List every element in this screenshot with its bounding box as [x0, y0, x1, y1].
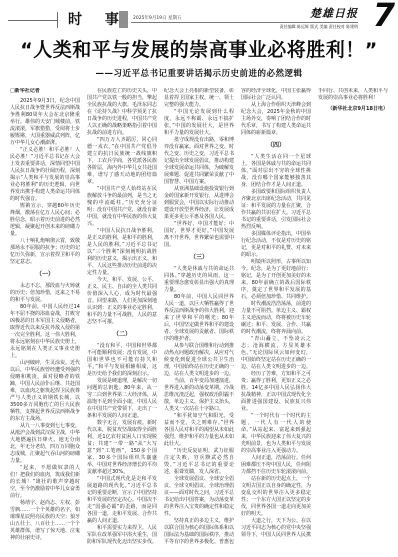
article-paragraph: “人类是休戚与共的命运共同体。”穿越历史的风雨，这一重要理念愈发彰显出强大的真理… [164, 266, 234, 294]
article-paragraph: 杨靖宇、赵尚志、左权、彭雪枫……一个个英雄的名字，如璀璨星辰照亮民族的天空；狼牙… [10, 500, 80, 542]
section-marker: （三） [164, 254, 234, 261]
article-paragraph: 数字无言，发展有痕。新时代以来，脱贫攻坚战取得全面胜利，近1亿农村贫困人口实现脱… [87, 420, 157, 476]
article-paragraph: 铿锵宣示，穿越80年历史烽烟，激荡在亿万人民心间；必胜信念，昭示着历史前进的必然… [10, 203, 80, 238]
article-paragraph: 时代潮流浩浩荡荡，前进的力量不可阻挡。单边主义、霸权主义逆流而动，终将被历史车轮… [241, 301, 311, 336]
article-paragraph: “中国共产党人始终站在民族解放斗争的最前列，是当之无愧的中流砥柱。”历史充分证明… [87, 186, 157, 228]
article-paragraph: 从亚洲基础设施投资银行到金砖国家新开发银行，从进博会到服贸会，中国以实际行动推动… [164, 186, 234, 221]
article-paragraph: 当前，百年变局加速演进，世界进入新的动荡变革期。冷战思维沉渣泛起，强权政治阴霾不… [164, 378, 234, 413]
headline-block: “人类和平与发展的崇高事业必将胜利！” ——习近平总书记重要讲话揭示历史前进的必… [0, 38, 398, 79]
header-tick-rule [57, 12, 58, 28]
article-paragraph: “一个时代有一个时代的主题，一代人有一代人的使命。”从站起来、富起来到强起来，中… [241, 413, 311, 455]
article-paragraph: 全球发展倡议、全球安全倡议、全球文明倡议、全球治理倡议——面对时代之问，习近平总… [164, 476, 234, 518]
masthead: 时 事 2025年9月19日 星期五 楚雄日报 责任编辑 陈远辉 版式 美编 责… [0, 0, 398, 36]
article-paragraph: 从上海合作组织天津峰会到纪念大会，2025年金秋的中国主场外交，奏响了团结合作的… [241, 102, 311, 137]
article-paragraph: 2025年9月3日，纪念中国人民抗日战争暨世界反法西斯战争胜利80周年大会在北京… [10, 98, 80, 147]
article-paragraph: 经历了苦难，方知和平之可贵；赢得了胜利，更知正义之必胜。14亿多中国人民弘扬伟大… [241, 371, 311, 413]
paper-name: 楚雄日报 [268, 5, 358, 21]
article-paragraph: 今天，和平、发展、公平、正义、民主、自由的全人类共同价值深入人心，成为时代最强音… [87, 277, 157, 326]
sub-headline: ——习近平总书记重要讲话揭示历史前进的必然逻辑 [0, 67, 398, 79]
article-paragraph: 八十响礼炮响彻云霄，致敬那场永不屈服的抗争；历史的记忆历久弥新，宣示着捍卫和平的… [10, 238, 80, 266]
article-paragraph: “没有和平，中国和世界都不可能顺利发展；没有发展，中国和世界也不可能有持久和平。… [87, 343, 157, 378]
article-paragraph: 发展是硬道理，是解决一切问题的总钥匙。80年来，从一穷二白到世界第二大经济体，从… [87, 378, 157, 420]
article-paragraph: “青山矗立，不坠凌云之志；沧海横流，方显英雄本色。”无论国际风云如何变幻，中国始… [241, 336, 311, 371]
main-headline: “人类和平与发展的崇高事业必将胜利！” [0, 38, 398, 63]
page-number: 7 [373, 0, 395, 33]
article-paragraph: 多国政要和国际组织负责人齐聚北京出席纪念活动，共同见证：和平发展的力量在汇聚，合… [241, 189, 311, 231]
article-paragraph: 多国媒体评论指出，中国举行纪念活动，不仅是对历史的铭记，更是对和平的礼赞、对未来… [241, 231, 311, 259]
article-paragraph: 山河破碎，生灵涂炭。近代以后，中华民族曾经遭受列强的侵略和欺凌。面对侵略者的铁蹄… [10, 360, 80, 423]
article-paragraph: 80年前，中国人民经过14年不屈不挠的浴血奋战，打败穷凶极恶的日本军国主义侵略者… [10, 304, 80, 360]
article-paragraph: 从九一八事变到七七事变，从淞沪会战到武汉保卫战，中华大地燃遍抗日烽火。地无分南北… [10, 423, 80, 465]
article-paragraph: “中国无论发展到什么程度，永远不称霸、永远不搞扩张。”中国的发展壮大，是世界和平… [164, 109, 234, 137]
article-paragraph: 80年前，中国人民同世界人民一道，以巨大牺牲赢得了世界反法西斯战争的伟大胜利，迎… [164, 294, 234, 343]
staff-credits: 责任编辑 陈远辉 版式 美编 责任校对 陈建明 [228, 24, 358, 30]
article-columns: □新华社记者2025年9月3日，纪念中国人民抗日战争暨世界反法西斯战争胜利80周… [10, 88, 388, 551]
section-marker: （二） [87, 331, 157, 338]
article-paragraph: “中国人民抗日战争胜利，是正义的胜利，是和平的胜利，是人民的胜利。”习近平总书记… [87, 228, 157, 277]
article-paragraph: “四万万人齐蹈厉，同心同德一戎衣。”在中国共产党倡导建立的抗日民族统一战线旗帜下… [87, 137, 157, 186]
article-paragraph: 站在新的历史起点上，一个文明古国正以自身的确定性，为变乱交织的世界注入更多稳定性… [241, 476, 311, 518]
article-paragraph: 在民族危亡的历史关头，中国共产党以铁一般的担当，擎起全民族抗战的大旗。毛泽东同志… [87, 88, 157, 137]
section-marker: （四） [241, 142, 311, 149]
article-paragraph: “和平犹如空气和阳光，受益而不觉，失之则难存。”世界各国人民对和平的渴望从未如此… [164, 413, 234, 448]
article-paragraph: 永志不忘，那段血与火铸就的历史；倍加珍惜，这来之不易的和平与发展。 [10, 283, 80, 304]
article-paragraph: “正义必胜！和平必胜！人民必胜！”习近平总书记在大会上发表重要讲话，深情回望中国… [10, 147, 80, 203]
xinhua-credit: （新华社北京9月18日电） [318, 106, 388, 113]
article-paragraph: 墨守成规没有出路，零和博弈没有赢家。面对世界之变、时代之变、历史之变，习近平总书… [164, 137, 234, 186]
article-paragraph: “世界好，中国才能好；中国好，世界才更好。”中国发展离不开世界，世界繁荣也需要中… [164, 221, 234, 249]
article-paragraph: “起来，不愿做奴隶的人们！把我们的血肉，筑成我们新的长城！”雄壮的歌声穿越时空，… [10, 465, 80, 500]
article-paragraph: “历史反复证明，武力征服注定失败，穷兵黩武必然自毁。”习近平总书记的重要论述，振… [164, 448, 234, 476]
section-marker: （一） [10, 271, 80, 278]
article-paragraph: “人类生活在同一个星球上，各国是休戚与共的命运共同体。”面对层出不穷的全球性挑战… [241, 154, 311, 189]
article-byline: □新华社记者 [10, 88, 80, 95]
article-paragraph: 从参与联合国维和行动到推动热点问题政治解决，从应对气候变化到促进全球公共卫生治理… [164, 343, 234, 378]
header-long-rule [131, 22, 358, 23]
header-gray-block [119, 11, 128, 28]
header-left-rule [8, 20, 57, 21]
dateline: 2025年9月19日 星期五 [133, 15, 181, 21]
article-paragraph: 明镜所以照形，古事所以知今。纪念，是为了更好地前行；铭记，是为了开创更加美好的未… [241, 259, 311, 301]
article-paragraph: 人间正道，浩荡前行。任何困难都压不垮中国人民，任何阻力都挡不住历史车轮滚滚向前。 [241, 455, 311, 476]
article-paragraph: “中国式现代化是走和平发展道路的现代化。”习近平总书记的重要论断，宣示了中国坚持… [87, 476, 157, 525]
